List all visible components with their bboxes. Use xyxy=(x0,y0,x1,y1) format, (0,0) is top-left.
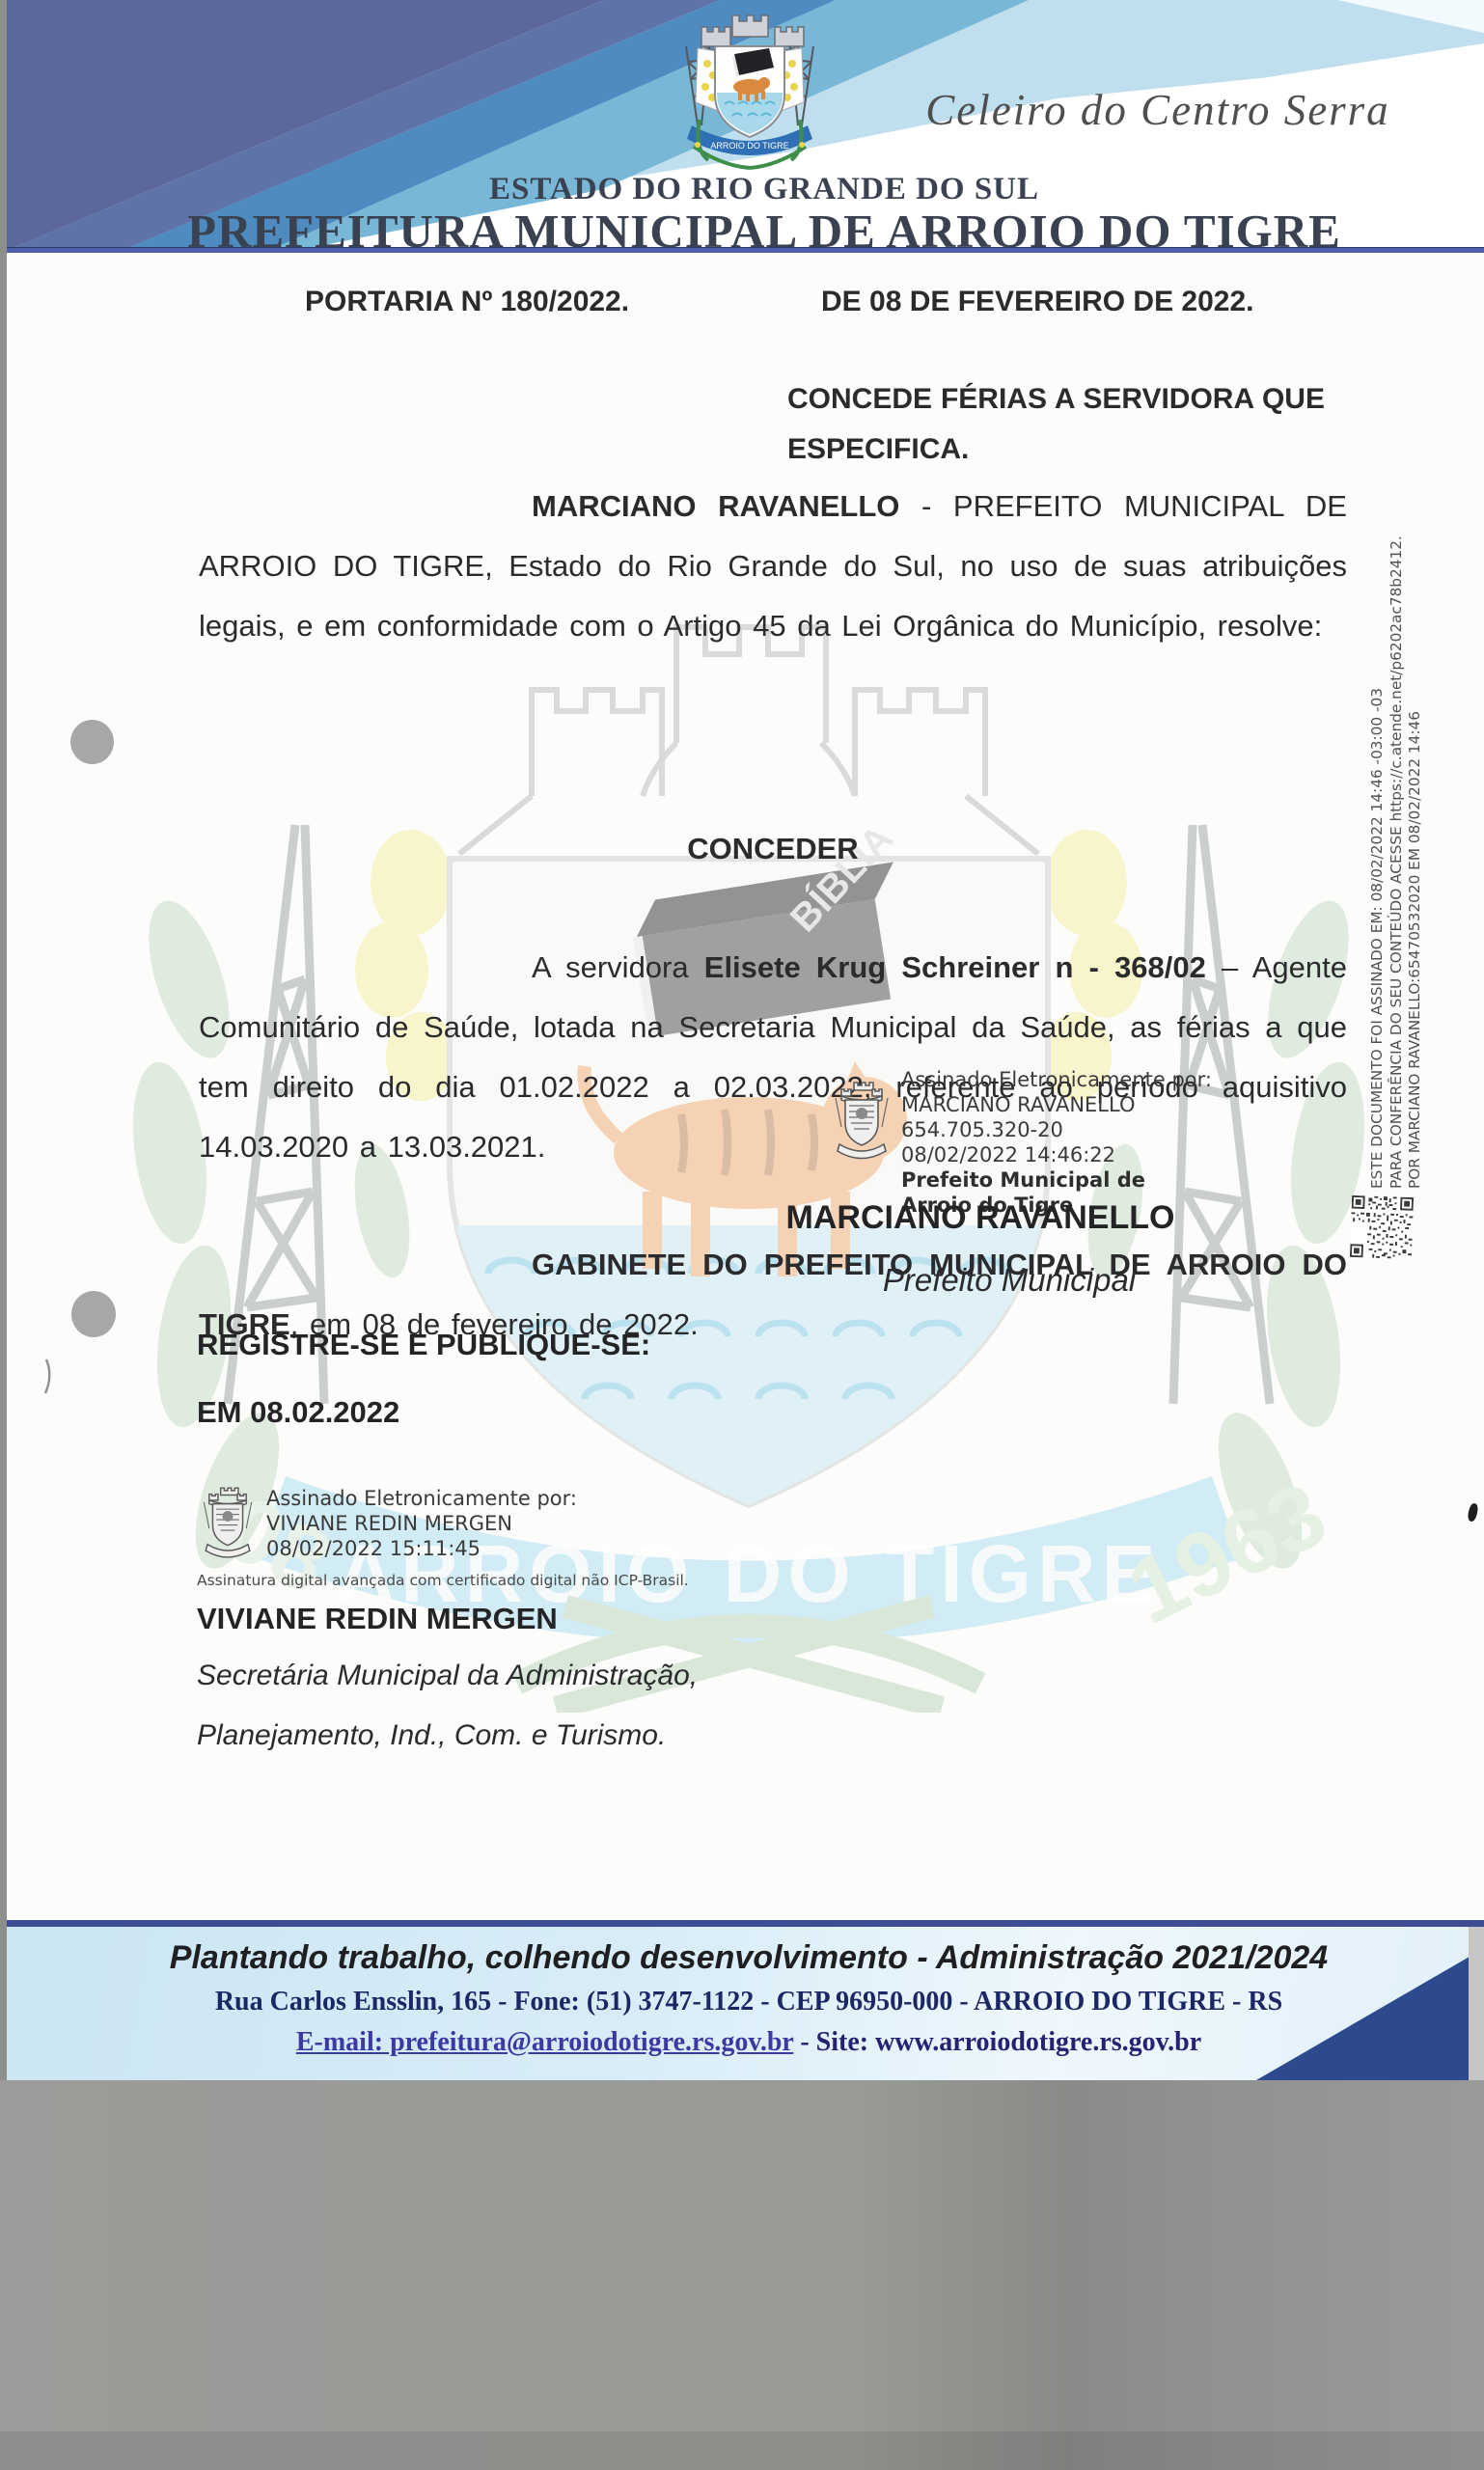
register-date: EM 08.02.2022 xyxy=(197,1395,399,1430)
scan-edge-right xyxy=(1469,1927,1484,2080)
mayor-name-run: MARCIANO RAVANELLO xyxy=(532,489,899,523)
scan-speck xyxy=(1467,1502,1479,1522)
paragraph-preamble: MARCIANO RAVANELLO - PREFEITO MUNICIPAL … xyxy=(199,477,1347,656)
crest-ribbon-text: ARROIO DO TIGRE xyxy=(710,141,788,151)
hole-punch-bottom xyxy=(71,1291,116,1337)
stamp-line: Assinado Eletronicamente por: xyxy=(901,1067,1212,1092)
stamp-secretary: Assinado Eletronicamente por: VIVIANE RE… xyxy=(266,1486,577,1561)
resolve-word: CONCEDER xyxy=(199,832,1347,866)
stamp-line: VIVIANE REDIN MERGEN xyxy=(266,1511,577,1536)
digital-validation-note: ESTE DOCUMENTO FOI ASSINADO EM: 08/02/20… xyxy=(1368,617,1425,1189)
signature-secretary-name: VIVIANE REDIN MERGEN xyxy=(197,1602,558,1636)
stamp-line: 654.705.320-20 xyxy=(901,1117,1212,1142)
signature-secretary-role-1: Secretária Municipal da Administração, xyxy=(197,1660,698,1692)
signature-mayor-role: Prefeito Municipal xyxy=(826,1262,1193,1299)
scan-edge-left xyxy=(0,0,7,2080)
footer-web-line: E-mail: prefeitura@arroiodotigre.rs.gov.… xyxy=(83,2027,1415,2058)
footer-address: Rua Carlos Ensslin, 165 - Fone: (51) 374… xyxy=(83,1987,1415,2017)
stamp-line-bold: Prefeito Municipal de xyxy=(901,1167,1212,1193)
scanner-background xyxy=(0,2080,1484,2470)
stamp-mayor: Assinado Eletronicamente por: MARCIANO R… xyxy=(901,1067,1212,1218)
qr-code-icon xyxy=(1350,1195,1414,1259)
stamp-secretary-note: Assinatura digital avançada com certific… xyxy=(197,1571,699,1590)
header-state-line: ESTADO DO RIO GRANDE DO SUL xyxy=(83,172,1445,207)
watermark-year: 1963 xyxy=(1113,1463,1341,1644)
motto-script: Celeiro do Centro Serra xyxy=(855,85,1461,135)
portaria-number: PORTARIA Nº 180/2022. xyxy=(305,286,629,318)
hole-punch-top xyxy=(70,720,114,764)
stamp-crest-icon-secretary xyxy=(197,1482,259,1559)
pen-mark xyxy=(41,1358,56,1395)
signature-secretary-role-2: Planejamento, Ind., Com. e Turismo. xyxy=(197,1719,666,1752)
validation-line-3: POR MARCIANO RAVANELLO:65470532020 EM 08… xyxy=(1406,617,1425,1189)
header-divider-rule xyxy=(6,247,1484,253)
stamp-line: Assinado Eletronicamente por: xyxy=(266,1486,577,1511)
stamp-line: 08/02/2022 15:11:45 xyxy=(266,1536,577,1561)
portaria-date: DE 08 DE FEVEREIRO DE 2022. xyxy=(821,286,1254,318)
footer-slogan: Plantando trabalho, colhendo desenvolvim… xyxy=(83,1939,1415,1977)
stamp-line: MARCIANO RAVANELLO xyxy=(901,1092,1212,1117)
portaria-summary: CONCEDE FÉRIAS A SERVIDORA QUE ESPECIFIC… xyxy=(787,374,1325,475)
grant-run-pre: A servidora xyxy=(532,950,704,984)
coat-of-arms-icon: ARROIO DO TIGRE xyxy=(665,4,835,170)
scanner-background-shade xyxy=(0,2431,1484,2470)
scanned-document: Celeiro do Centro Serra ESTADO DO RIO GR… xyxy=(0,0,1484,2470)
validation-line-2: PARA CONFERÊNCIA DO SEU CONTEÚDO ACESSE … xyxy=(1388,617,1407,1189)
signature-mayor-name: MARCIANO RAVANELLO xyxy=(768,1199,1193,1237)
footer-divider-rule xyxy=(6,1920,1484,1927)
register-line: REGISTRE-SE E PUBLIQUE-SE: xyxy=(197,1328,650,1362)
stamp-line: 08/02/2022 14:46:22 xyxy=(901,1142,1212,1167)
servant-name-run: Elisete Krug Schreiner n - 368/02 xyxy=(704,950,1206,984)
header-municipality-title: PREFEITURA MUNICIPAL DE ARROIO DO TIGRE xyxy=(44,204,1484,253)
validation-line-1: ESTE DOCUMENTO FOI ASSINADO EM: 08/02/20… xyxy=(1368,617,1388,1189)
footer-email-link: E-mail: prefeitura@arroiodotigre.rs.gov.… xyxy=(296,2027,793,2057)
stamp-crest-icon-mayor xyxy=(828,1077,895,1160)
footer-site-text: - Site: www.arroiodotigre.rs.gov.br xyxy=(793,2027,1201,2057)
document-page: Celeiro do Centro Serra ESTADO DO RIO GR… xyxy=(6,0,1484,2080)
